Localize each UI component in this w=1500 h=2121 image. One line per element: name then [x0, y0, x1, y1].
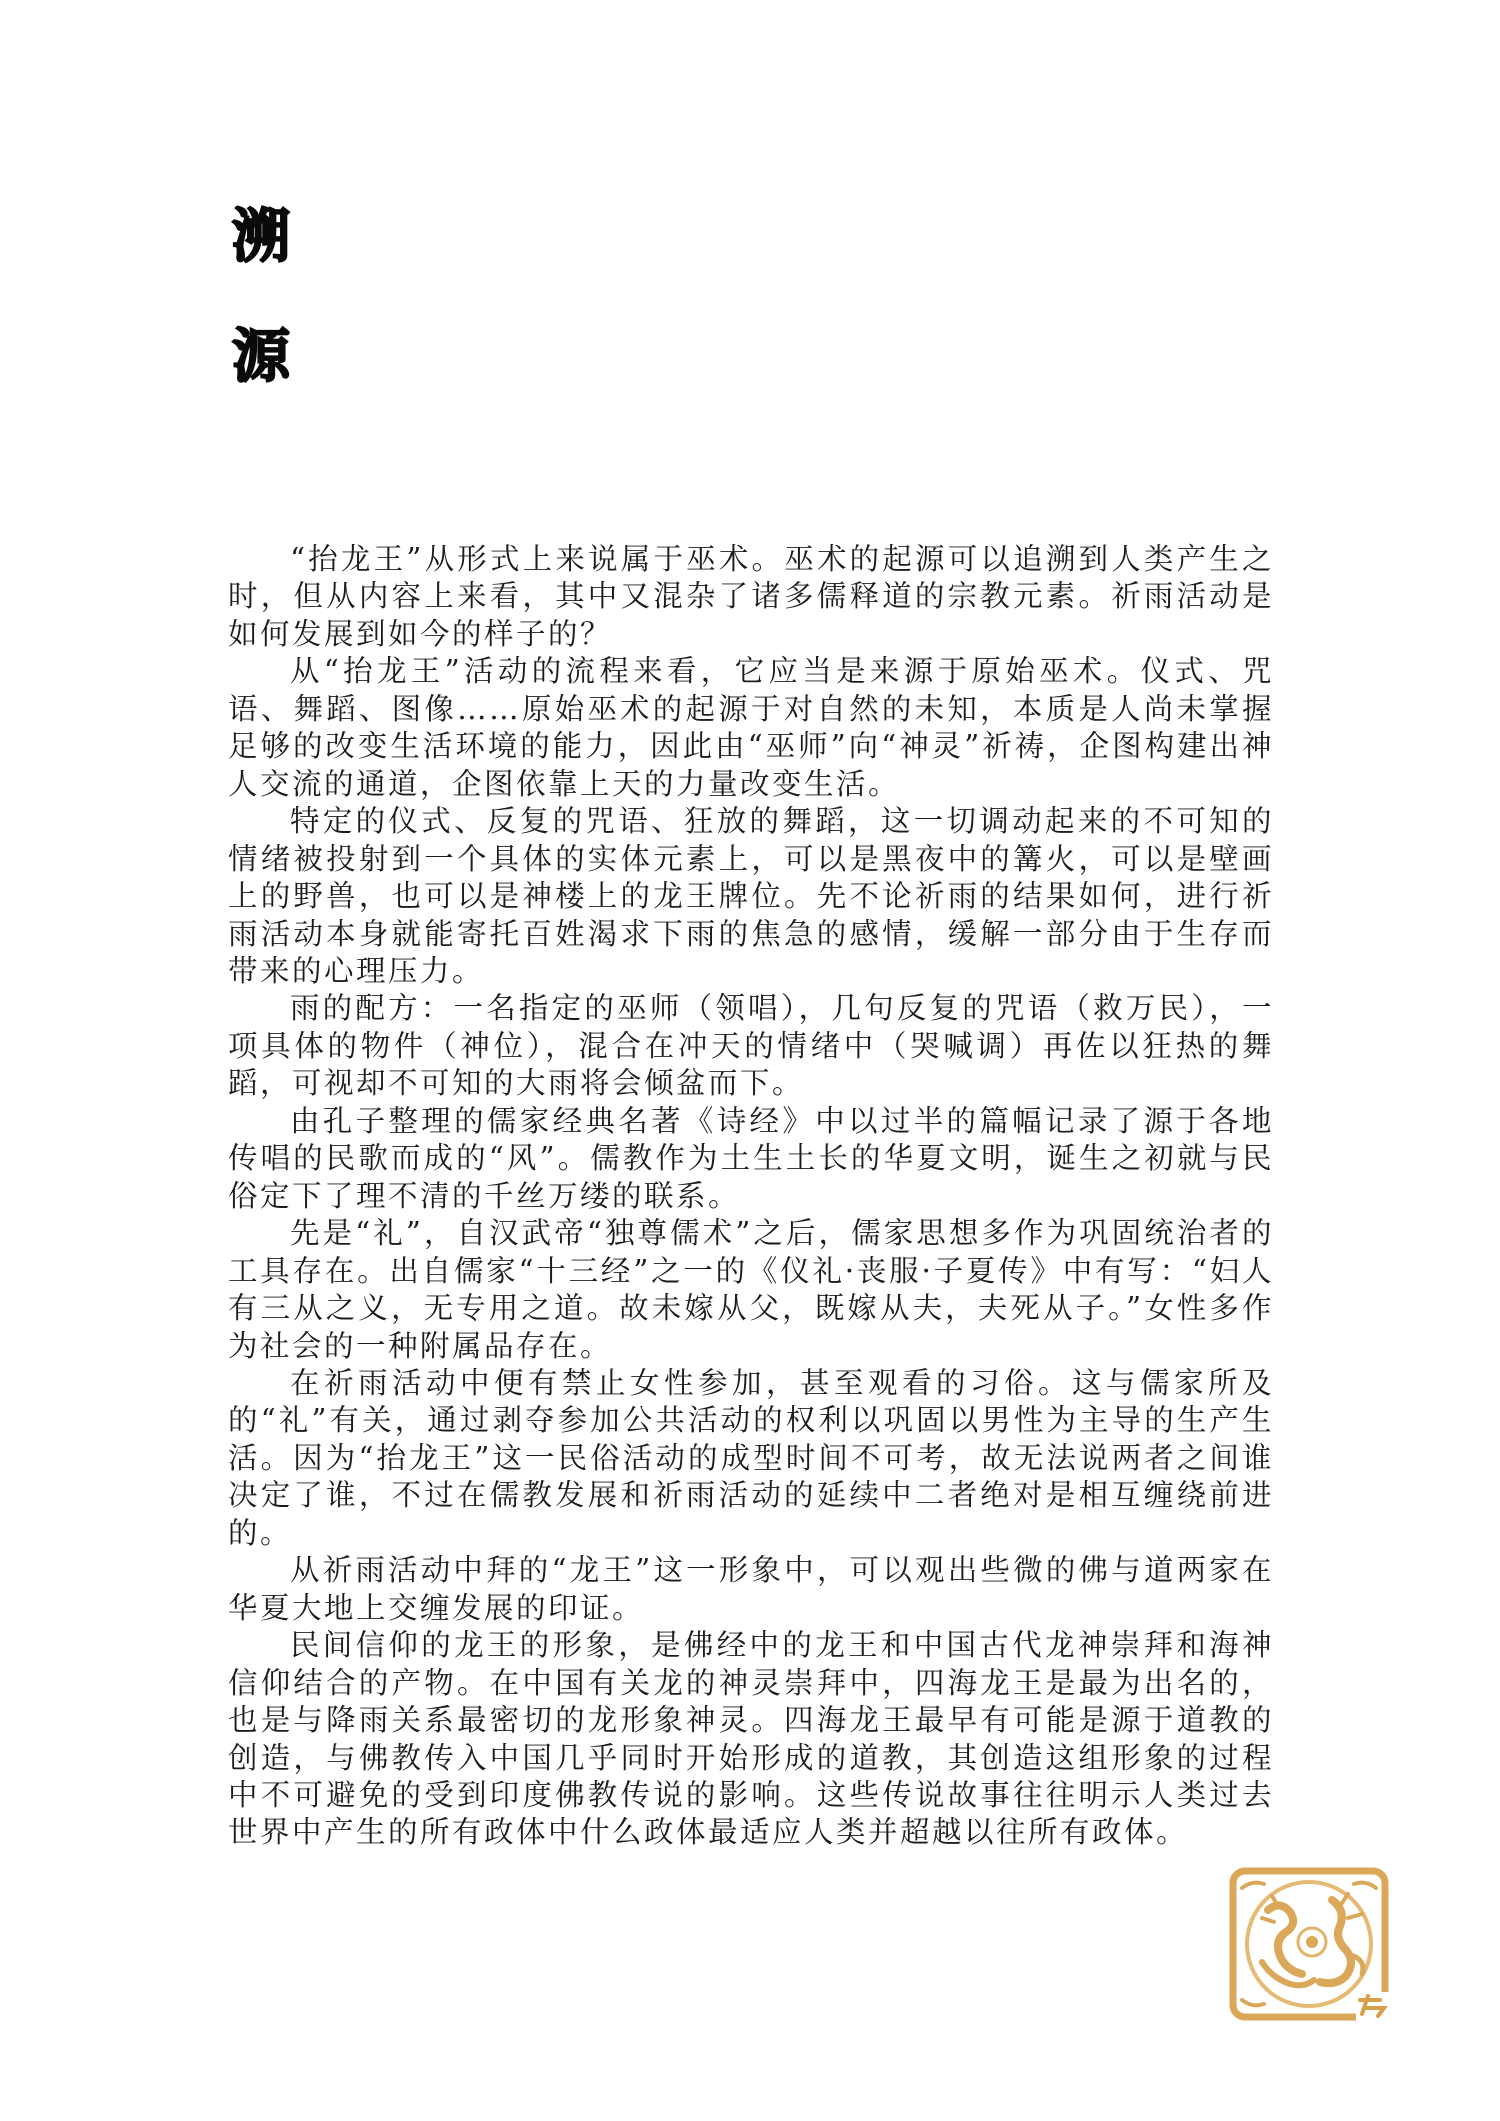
paragraph-3: 特定的仪式、反复的咒语、狂放的舞蹈，这一切调动起来的不可知的情绪被投射到一个具体…: [228, 803, 1274, 990]
paragraph-1: “抬龙王”从形式上来说属于巫术。巫术的起源可以追溯到人类产生之时，但从内容上来看…: [228, 541, 1274, 653]
paragraph-2: 从“抬龙王”活动的流程来看，它应当是来源于原始巫术。仪式、咒语、舞蹈、图像……原…: [228, 653, 1274, 803]
paragraph-4: 雨的配方：一名指定的巫师（领唱），几句反复的咒语（救万民），一项具体的物件（神位…: [228, 990, 1274, 1102]
paragraph-8: 从祈雨活动中拜的“龙王”这一形象中，可以观出些微的佛与道两家在华夏大地上交缠发展…: [228, 1552, 1274, 1627]
dragon-seal-icon: [1228, 1866, 1390, 2022]
paragraph-7: 在祈雨活动中便有禁止女性参加，甚至观看的习俗。这与儒家所及的“礼”有关，通过剥夺…: [228, 1365, 1274, 1552]
paragraph-6: 先是“礼”，自汉武帝“独尊儒术”之后，儒家思想多作为巩固统治者的工具存在。出自儒…: [228, 1215, 1274, 1365]
article-body: “抬龙王”从形式上来说属于巫术。巫术的起源可以追溯到人类产生之时，但从内容上来看…: [228, 541, 1274, 1852]
section-title-char-2: 源: [228, 323, 294, 389]
paragraph-9: 民间信仰的龙王的形象，是佛经中的龙王和中国古代龙神崇拜和海神信仰结合的产物。在中…: [228, 1627, 1274, 1852]
paragraph-5: 由孔子整理的儒家经典名著《诗经》中以过半的篇幅记录了源于各地传唱的民歌而成的“风…: [228, 1103, 1274, 1215]
section-title-char-1: 溯: [228, 203, 294, 269]
